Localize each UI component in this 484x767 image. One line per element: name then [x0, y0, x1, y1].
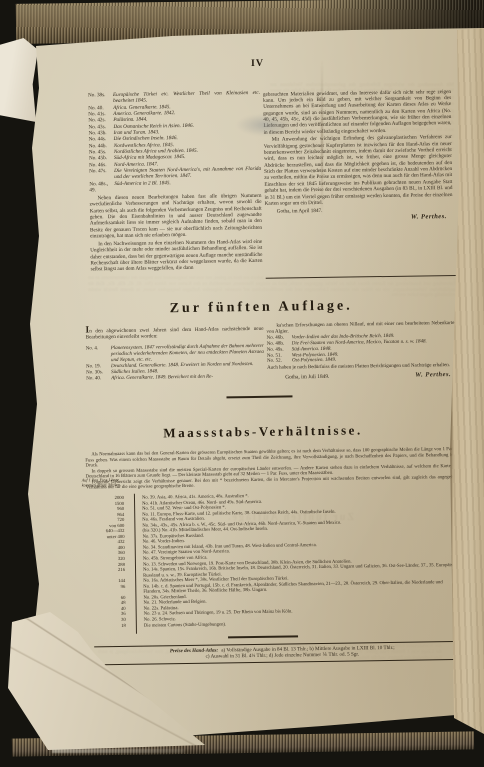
dateline: Gotha, im Juli 1849.: [267, 375, 329, 382]
dateline-signature-row: Gotha, im Juli 1849. W. Perthes.: [267, 372, 455, 382]
map-number: No. 40.: [86, 376, 111, 382]
fifth-edition-right-column: ka'schen Erforschungen am oberen Nillauf…: [266, 321, 455, 382]
scale-column-header: Auf 1 Par. Fuss Länge kommen geogr. Meil…: [82, 478, 128, 488]
ink-smudge: [236, 114, 294, 136]
scale-value: 216: [83, 568, 134, 580]
section-divider-rule: [226, 395, 292, 398]
scanner-mark: [52, 749, 184, 753]
new-maps-list: No. 46b. Vorder-Indien oder das Indo-Bri…: [267, 333, 455, 365]
preface-right-column: gebrauchten Materialien gewidmet, und da…: [263, 87, 453, 223]
map-title: Africa. Generalkarte. 1849. Bereichert m…: [111, 374, 264, 382]
map-title: Planetensystem. 1847 vervollständigt dur…: [111, 344, 264, 364]
fifth-edition-heading: Zur fünften Auflage.: [51, 297, 471, 319]
map-number: No. 38s.: [88, 92, 113, 105]
scales-table: 2000 No. 39. Asia, 40. Africa, 41s. Amer…: [82, 491, 462, 630]
price-box: Preise des Hand-Atlas:a) Vollständige Au…: [94, 641, 470, 665]
scale-value: 96: [83, 585, 134, 597]
scales-paragraphs: Als Normalmaass kann das bei den General…: [85, 447, 460, 491]
preface-paragraph: In den Nachweisungen zu den einzelnen Nu…: [90, 239, 262, 273]
publisher-signature: W. Perthes.: [415, 372, 455, 378]
map-list-item: No. 48s., 49. Süd-America in 2 Bl. 1845.: [89, 179, 261, 194]
scanned-book-page: Mit Anwendung der wichtigen Erfindung de…: [0, 0, 484, 767]
paper-crease: [321, 60, 323, 216]
atlas-preface-page: Mit Anwendung der wichtigen Erfindung de…: [22, 24, 484, 748]
torn-page-edge-top-left: [0, 38, 38, 122]
preface-paragraph: Mit Anwendung der wichtigen Erfindung de…: [264, 134, 453, 207]
map-number: No. 48s., 49.: [89, 181, 114, 194]
scales-heading: Maassstabs-Verhältnisse.: [53, 421, 473, 443]
new-maps-list: No. 4. Planetensystem. 1847 vervollständ…: [86, 344, 265, 383]
section-divider-rule: [266, 275, 456, 279]
page-number: IV: [47, 55, 467, 72]
intro-text: n den abgewichenen zwei Jahren sind dem …: [86, 326, 264, 341]
fifth-edition-intro: In den abgewichenen zwei Jahren sind dem…: [85, 326, 263, 341]
table-end-rule: [228, 635, 298, 638]
scale-value: 18: [84, 623, 135, 629]
fifth-edition-left-list: No. 4. Planetensystem. 1847 vervollständ…: [86, 344, 265, 383]
map-number: No. 4.: [86, 346, 111, 364]
map-title: Süd-America in 2 Bl. 1845.: [114, 179, 261, 194]
map-list-1845: No. 38s. Europäische Türkei etc. Westlic…: [88, 90, 261, 194]
map-number: No. 52.: [267, 359, 292, 365]
preface-paragraph: Neben diesen neuen Bearbeitungen haben f…: [89, 193, 262, 240]
map-list-item: No. 40. Africa. Generalkarte. 1849. Bere…: [86, 374, 264, 383]
map-number: No. 47s.: [89, 168, 114, 181]
